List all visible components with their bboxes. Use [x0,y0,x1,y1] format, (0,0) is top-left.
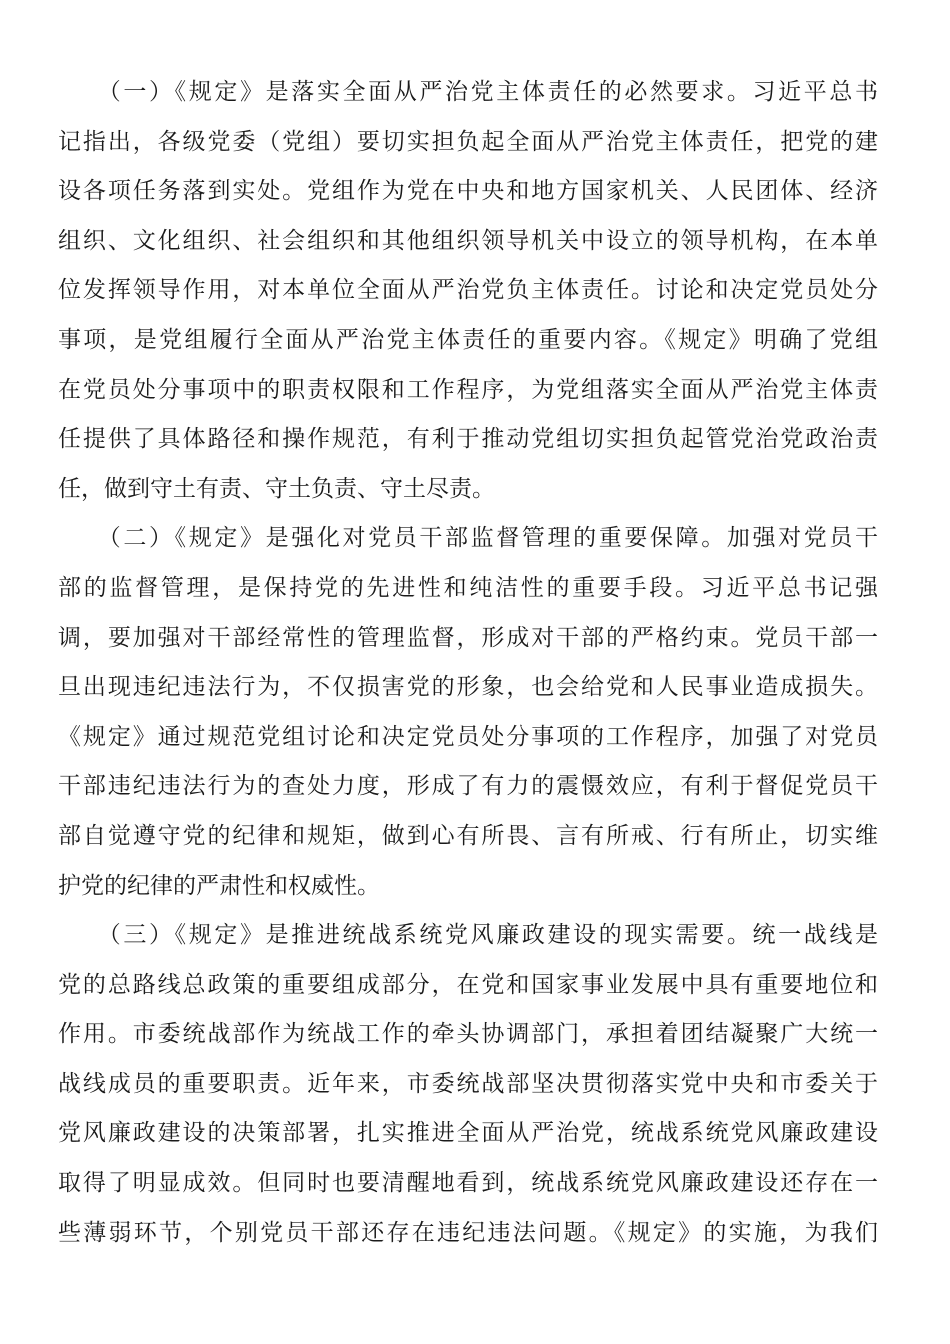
text-line: 事项，是党组履行全面从严治党主体责任的重要内容。《规定》明确了党组 [58,316,878,366]
text-line: 位发挥领导作用，对本单位全面从严治党负主体责任。讨论和决定党员处分 [58,266,878,316]
text-line: 党风廉政建设的决策部署，扎实推进全面从严治党，统战系统党风廉政建设 [58,1109,878,1159]
text-line: 旦出现违纪违法行为，不仅损害党的形象，也会给党和人民事业造成损失。 [58,663,878,713]
text-line: 记指出，各级党委（党组）要切实担负起全面从严治党主体责任，把党的建 [58,118,878,168]
paragraph-3: （三）《规定》是推进统战系统党风廉政建设的现实需要。统一战线是 党的总路线总政策… [58,911,878,1258]
text-line: 部自觉遵守党的纪律和规矩，做到心有所畏、言有所戒、行有所止，切实维 [58,812,878,862]
text-line: 战线成员的重要职责。近年来，市委统战部坚决贯彻落实党中央和市委关于 [58,1060,878,1110]
text-line: 干部违纪违法行为的查处力度，形成了有力的震慑效应，有利于督促党员干 [58,762,878,812]
text-line: （二）《规定》是强化对党员干部监督管理的重要保障。加强对党员干 [58,514,878,564]
text-line: 在党员处分事项中的职责权限和工作程序，为党组落实全面从严治党主体责 [58,366,878,416]
text-line: 些薄弱环节，个别党员干部还存在违纪违法问题。《规定》的实施，为我们 [58,1209,878,1259]
text-line: 党的总路线总政策的重要组成部分，在党和国家事业发展中具有重要地位和 [58,961,878,1011]
text-line: 组织、文化组织、社会组织和其他组织领导机关中设立的领导机构，在本单 [58,217,878,267]
text-line: 取得了明显成效。但同时也要清醒地看到，统战系统党风廉政建设还存在一 [58,1159,878,1209]
text-line: 《规定》通过规范党组讨论和决定党员处分事项的工作程序，加强了对党员 [58,713,878,763]
text-line: 任提供了具体路径和操作规范，有利于推动党组切实担负起管党治党政治责 [58,415,878,465]
text-line: 部的监督管理，是保持党的先进性和纯洁性的重要手段。习近平总书记强 [58,564,878,614]
text-line: （一）《规定》是落实全面从严治党主体责任的必然要求。习近平总书 [58,68,878,118]
text-line: 护党的纪律的严肃性和权威性。 [58,862,878,912]
text-line: 任，做到守土有责、守土负责、守土尽责。 [58,465,878,515]
paragraph-2: （二）《规定》是强化对党员干部监督管理的重要保障。加强对党员干 部的监督管理，是… [58,514,878,911]
text-line: （三）《规定》是推进统战系统党风廉政建设的现实需要。统一战线是 [58,911,878,961]
text-line: 设各项任务落到实处。党组作为党在中央和地方国家机关、人民团体、经济 [58,167,878,217]
text-line: 作用。市委统战部作为统战工作的牵头协调部门，承担着团结凝聚广大统一 [58,1010,878,1060]
paragraph-1: （一）《规定》是落实全面从严治党主体责任的必然要求。习近平总书 记指出，各级党委… [58,68,878,514]
document-page: （一）《规定》是落实全面从严治党主体责任的必然要求。习近平总书 记指出，各级党委… [58,68,878,1258]
text-line: 调，要加强对干部经常性的管理监督，形成对干部的严格约束。党员干部一 [58,614,878,664]
